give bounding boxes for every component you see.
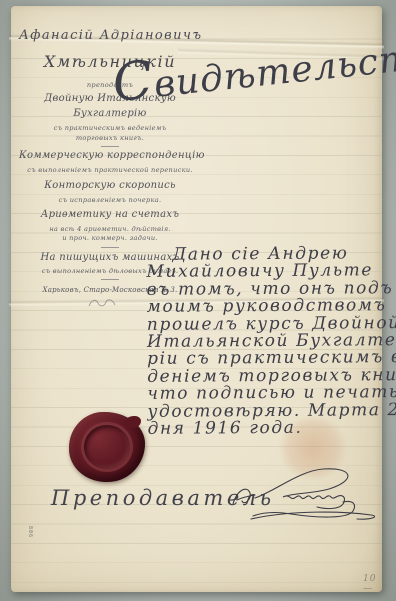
letterhead-subject: Конторскую скоропись <box>19 180 201 191</box>
letterhead-subject-note: торговыхъ книгъ. <box>19 134 201 142</box>
letterhead-name-line1: Афанасій Адріановичъ <box>19 28 201 43</box>
letterhead-subject-note: съ практическимъ веденіемъ <box>19 124 201 132</box>
body-line: дня 1916 года. <box>148 419 394 438</box>
certificate-paper: Афанасій Адріановичъ Хмѣльницкій препода… <box>11 6 382 592</box>
ornament-flourish <box>87 298 117 310</box>
divider <box>101 279 119 280</box>
divider <box>101 146 119 147</box>
letterhead-subject-note: съ выполненіемъ практической переписки. <box>19 166 201 174</box>
letterhead-subject: Ариѳметику на счетахъ <box>19 209 201 220</box>
letterhead-subject: Бухгалтерію <box>19 108 201 119</box>
divider <box>101 247 119 248</box>
wax-seal <box>69 412 145 482</box>
photo-background: Афанасій Адріановичъ Хмѣльницкій препода… <box>0 0 396 601</box>
certificate-body: Дано сіе Андрею Михайловичу Пульте въ то… <box>146 245 393 438</box>
letterhead-subject-note: и проч. коммерч. задачи. <box>19 234 201 242</box>
printer-mark: 806 <box>27 526 33 538</box>
teacher-signature <box>225 464 387 528</box>
letterhead-subject-note: съ исправленіемъ почерка. <box>19 196 201 204</box>
pencil-note: 10— <box>363 574 382 594</box>
letterhead-subject-note: на всѣ 4 ариѳметич. дѣйствія. <box>19 225 201 233</box>
letterhead-subject: Коммерческую корреспонденцію <box>19 150 201 161</box>
